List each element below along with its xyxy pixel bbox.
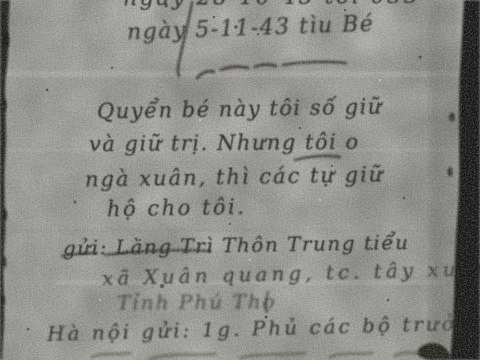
handwritten-address-line-4: Hà nội gửi: 1g. Phủ các bộ trưởng: [47, 311, 480, 346]
handwriting-layer: ngày 28-10-43 tới 033 ngày 5-11-43 tìu B…: [0, 0, 480, 360]
handwritten-body-line-1: Quyển bé này tôi số giữ: [97, 95, 383, 124]
handwritten-body-line-3: ngà xuân, thì các tự giữ: [85, 162, 385, 191]
handwritten-body-line-2: và giữ trị. Nhưng tôi o: [89, 130, 360, 157]
handwritten-date-line-2: ngày 5-11-43 tìu Bé: [127, 12, 375, 46]
scanned-handwritten-page-photo: ngày 28-10-43 tới 033 ngày 5-11-43 tìu B…: [0, 0, 480, 360]
handwritten-body-line-4: hộ cho tôi.: [107, 195, 247, 222]
handwritten-address-line-2: xã Xuân quang, tc. tây xuân: [102, 257, 480, 290]
handwritten-address-line-3: Tỉnh Phú Thọ: [117, 290, 277, 314]
handwritten-address-line-1: gửi: Làng Trì Thôn Trung tiểu: [63, 231, 410, 260]
handwritten-date-line-1: ngày 28-10-43 tới 033: [123, 0, 420, 12]
